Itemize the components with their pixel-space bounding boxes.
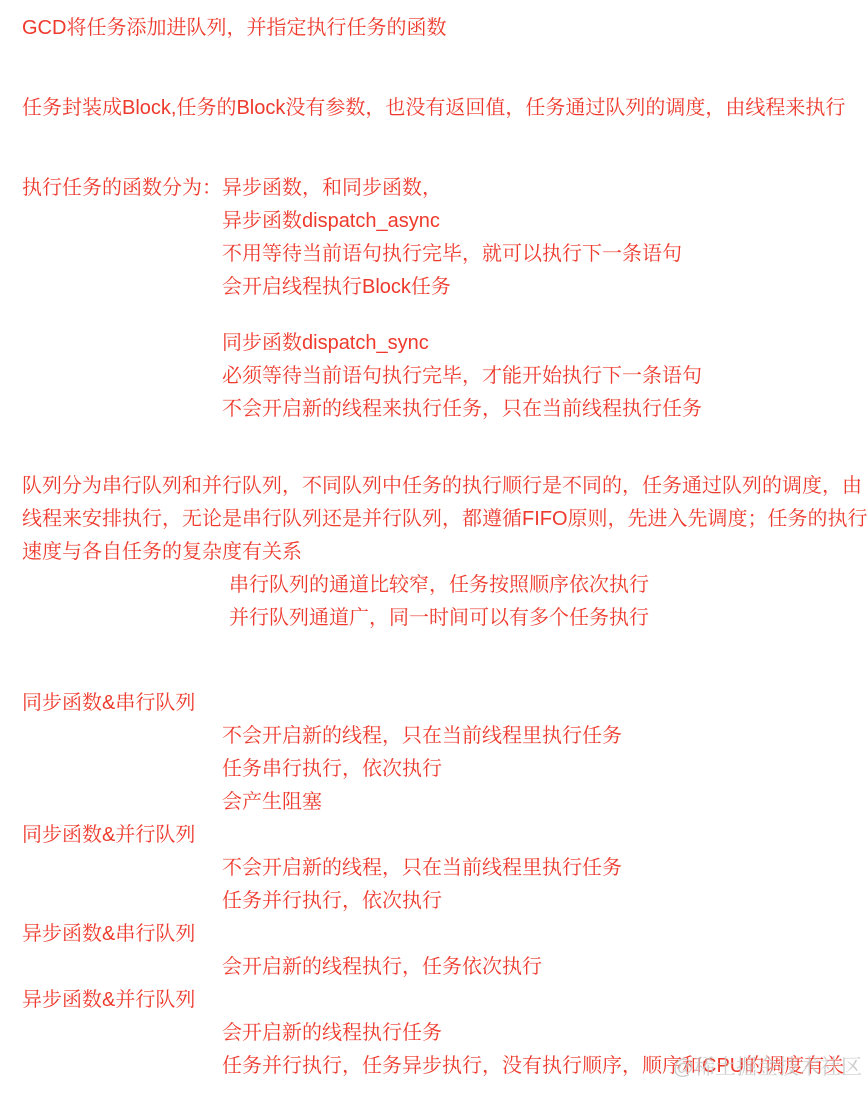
async-function-name-line: 异步函数dispatch_async (222, 205, 868, 238)
note-document: GCD将任务添加进队列，并指定执行任务的函数 任务封装成Block,任务的Blo… (0, 0, 868, 1104)
concurrent-queue-line: 并行队列通道广，同一时间可以有多个任务执行 (229, 602, 868, 635)
function-types-line: 执行任务的函数分为：异步函数，和同步函数， (22, 172, 868, 205)
sync-behavior-line-2: 不会开启新的线程来执行任务，只在当前线程执行任务 (222, 393, 868, 426)
juejin-watermark: @稀土掘金技术社区 (673, 1056, 862, 1080)
sync-serial-detail-1: 不会开启新的线程，只在当前线程里执行任务 (222, 720, 868, 753)
queue-paragraph-line-2: 线程来安排执行，无论是串行队列还是并行队列，都遵循FIFO原则，先进入先调度；任… (22, 503, 868, 536)
block-description-line: 任务封装成Block,任务的Block没有参数，也没有返回值，任务通过队列的调度… (22, 92, 868, 125)
sync-behavior-line-1: 必须等待当前语句执行完毕，才能开始执行下一条语句 (222, 360, 868, 393)
queue-paragraph-line-3: 速度与各自任务的复杂度有关系 (22, 536, 868, 569)
serial-queue-line: 串行队列的通道比较窄，任务按照顺序依次执行 (229, 569, 868, 602)
sync-concurrent-detail-1: 不会开启新的线程，只在当前线程里执行任务 (222, 852, 868, 885)
async-serial-detail-1: 会开启新的线程执行，任务依次执行 (222, 951, 868, 984)
heading-sync-serial: 同步函数&串行队列 (22, 687, 868, 720)
sync-serial-detail-3: 会产生阻塞 (222, 786, 868, 819)
async-concurrent-detail-1: 会开启新的线程执行任务 (222, 1017, 868, 1050)
heading-sync-concurrent: 同步函数&并行队列 (22, 819, 868, 852)
sync-concurrent-detail-2: 任务并行执行，依次执行 (222, 885, 868, 918)
async-behavior-line-2: 会开启线程执行Block任务 (222, 271, 868, 304)
queue-paragraph-line-1: 队列分为串行队列和并行队列，不同队列中任务的执行顺行是不同的，任务通过队列的调度… (22, 470, 868, 503)
heading-async-concurrent: 异步函数&并行队列 (22, 984, 868, 1017)
sync-function-name-line: 同步函数dispatch_sync (222, 327, 868, 360)
sync-serial-detail-2: 任务串行执行，依次执行 (222, 753, 868, 786)
async-behavior-line-1: 不用等待当前语句执行完毕，就可以执行下一条语句 (222, 238, 868, 271)
gcd-intro-line: GCD将任务添加进队列，并指定执行任务的函数 (22, 12, 868, 45)
heading-async-serial: 异步函数&串行队列 (22, 918, 868, 951)
